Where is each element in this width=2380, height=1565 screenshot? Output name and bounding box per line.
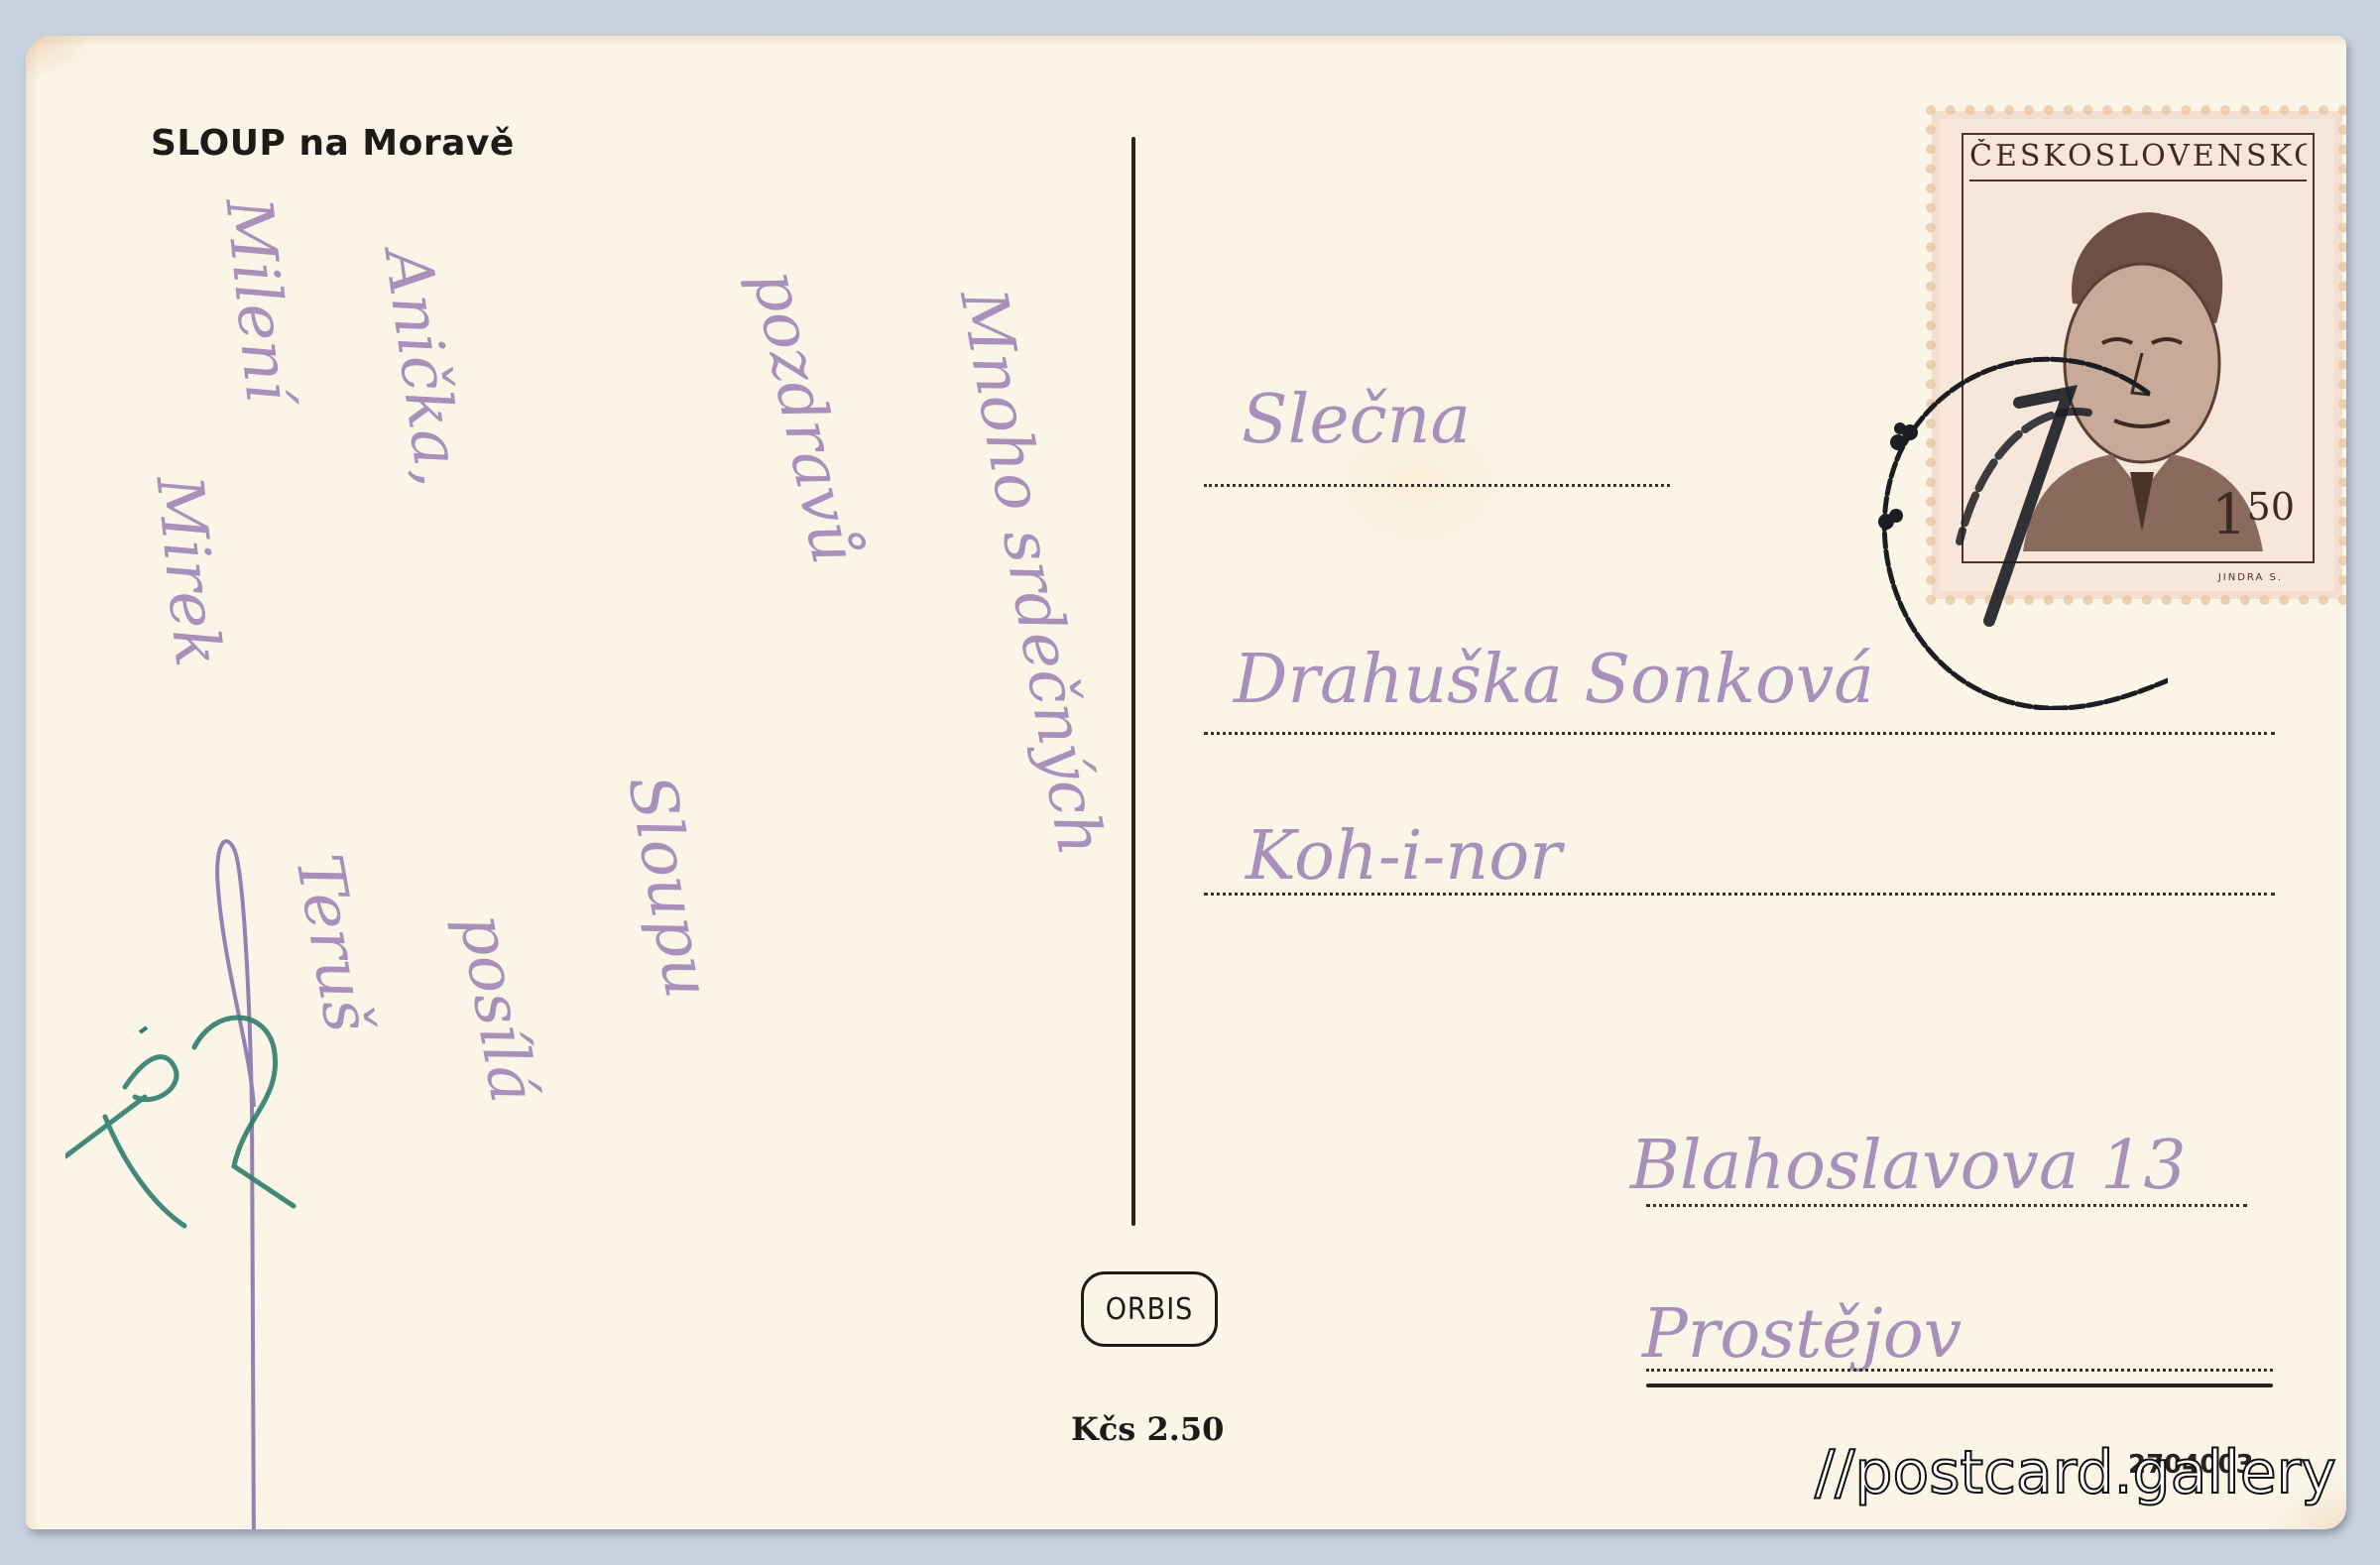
message-line-3: Sloupu: [613, 770, 724, 1004]
address-line-5: [1646, 1369, 2273, 1372]
address-name: Drahuška Sonková: [1234, 641, 1874, 719]
message-line-1: Mnoho srdečných: [945, 284, 1117, 861]
address-line-4: [1646, 1204, 2247, 1207]
stamp-frame: ČESKOSLOVENSKO 150 JINDRA S.: [1962, 133, 2315, 563]
message-line-5: Anička,: [370, 244, 476, 491]
message-line-8: Mirek: [141, 472, 234, 670]
center-divider-line: [1131, 137, 1135, 1226]
stamp-country: ČESKOSLOVENSKO: [1969, 139, 2307, 181]
stamp-engraver: JINDRA S.: [2218, 572, 2283, 583]
green-ink-signature: [65, 988, 323, 1246]
stamp-value: 150: [2211, 483, 2295, 547]
address-salutation: Slečna: [1242, 381, 1471, 459]
publisher-logo: ORBIS: [1081, 1271, 1218, 1347]
message-line-7: Milení: [210, 194, 304, 406]
message-line-2: pozdravů: [738, 264, 872, 570]
address-line-1: [1204, 484, 1670, 487]
postage-stamp: ČESKOSLOVENSKO 150 JINDRA S.: [1940, 119, 2334, 591]
address-company: Koh-i-nor: [1246, 817, 1562, 896]
price-label: Kčs 2.50: [1071, 1410, 1224, 1448]
publisher-logo-text: ORBIS: [1106, 1292, 1194, 1327]
address-street: Blahoslavova 13: [1630, 1127, 2187, 1205]
address-line-3: [1204, 893, 2275, 896]
watermark-text: //postcard.gallery: [1815, 1438, 2336, 1507]
message-line-4: posílá: [444, 908, 549, 1108]
postcard-back: SLOUP na Moravě ORBIS Kčs 2.50 Mnoho srd…: [26, 36, 2346, 1529]
address-city: Prostějov: [1642, 1295, 1962, 1374]
place-title: SLOUP na Moravě: [151, 123, 515, 164]
address-line-2: [1204, 732, 2275, 735]
